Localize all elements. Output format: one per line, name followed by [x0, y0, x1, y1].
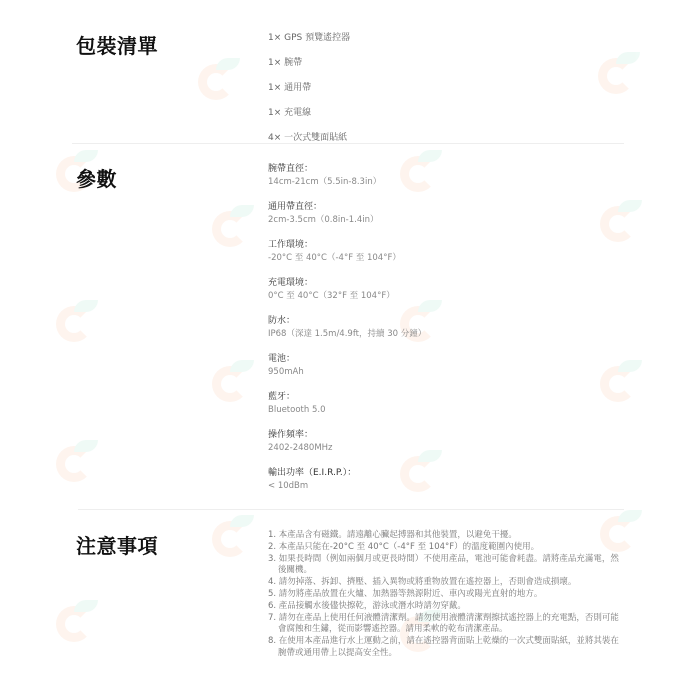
spec-item: 防水： IP68（深達 1.5m/4.9ft，持續 30 分鐘）: [268, 315, 426, 353]
note-item: 7. 請勿在產品上使用任何液體清潔劑。請勿使用液體清潔劑擦拭遙控器上的充電點，否…: [268, 613, 620, 637]
watermark-logo-icon: [212, 205, 256, 249]
spec-value: Bluetooth 5.0: [268, 404, 426, 417]
watermark-logo-icon: [600, 200, 644, 244]
section-divider: [72, 143, 624, 144]
specs-title: 參數: [76, 163, 117, 192]
spec-value: 14cm-21cm（5.5in-8.3in）: [268, 176, 426, 189]
section-divider: [78, 509, 624, 510]
spec-label: 工作環境：: [268, 239, 426, 252]
spec-item: 腕帶直徑： 14cm-21cm（5.5in-8.3in）: [268, 163, 426, 201]
notes-title: 注意事項: [76, 530, 158, 559]
spec-label: 電池：: [268, 353, 426, 366]
watermark-logo-icon: [198, 58, 242, 102]
spec-value: -20°C 至 40°C（-4°F 至 104°F）: [268, 252, 426, 265]
spec-value: 2cm-3.5cm（0.8in-1.4in）: [268, 214, 426, 227]
watermark-logo-icon: [212, 515, 256, 559]
package-item: 1× 腕帶: [268, 55, 350, 80]
specs-list: 腕帶直徑： 14cm-21cm（5.5in-8.3in） 通用帶直徑： 2cm-…: [268, 163, 426, 505]
spec-label: 充電環境：: [268, 277, 426, 290]
spec-item: 電池： 950mAh: [268, 353, 426, 391]
note-item: 1. 本產品含有磁鐵。請遠離心臟起搏器和其他裝置，以避免干擾。: [268, 530, 620, 542]
spec-value: < 10dBm: [268, 480, 426, 493]
watermark-logo-icon: [598, 52, 642, 96]
watermark-logo-icon: [56, 300, 100, 344]
package-list: 1× GPS 預覽遙控器 1× 腕帶 1× 通用帶 1× 充電線 4× 一次式雙…: [268, 30, 350, 155]
watermark-logo-icon: [212, 360, 256, 404]
note-item: 6. 產品接觸水後儘快擦乾，游泳或潛水時請勿穿戴。: [268, 601, 620, 613]
spec-label: 藍牙：: [268, 391, 426, 404]
spec-value: 2402-2480MHz: [268, 442, 426, 455]
notes-list: 1. 本產品含有磁鐵。請遠離心臟起搏器和其他裝置，以避免干擾。 2. 本產品只能…: [268, 530, 620, 660]
note-item: 3. 如果長時間（例如兩個月或更長時間）不使用產品，電池可能會耗盡。請將產品充滿…: [268, 554, 620, 578]
spec-item: 充電環境： 0°C 至 40°C（32°F 至 104°F）: [268, 277, 426, 315]
spec-item: 操作頻率： 2402-2480MHz: [268, 429, 426, 467]
spec-value: IP68（深達 1.5m/4.9ft，持續 30 分鐘）: [268, 328, 426, 341]
note-item: 4. 請勿掉落、拆卸、擠壓、插入異物或將重物放置在遙控器上，否則會造成損壞。: [268, 577, 620, 589]
spec-label: 輸出功率（E.I.R.P.）：: [268, 467, 426, 480]
spec-label: 操作頻率：: [268, 429, 426, 442]
spec-item: 工作環境： -20°C 至 40°C（-4°F 至 104°F）: [268, 239, 426, 277]
spec-label: 通用帶直徑：: [268, 201, 426, 214]
note-item: 8. 在使用本產品進行水上運動之前，請在遙控器背面貼上乾燥的一次式雙面貼紙，並將…: [268, 636, 620, 660]
watermark-logo-icon: [600, 360, 644, 404]
spec-item: 輸出功率（E.I.R.P.）： < 10dBm: [268, 467, 426, 505]
note-item: 2. 本產品只能在-20°C 至 40°C（-4°F 至 104°F）的溫度範圍…: [268, 542, 620, 554]
spec-item: 藍牙： Bluetooth 5.0: [268, 391, 426, 429]
note-item: 5. 請勿將產品放置在火爐、加熱器等熱源附近、車內或陽光直射的地方。: [268, 589, 620, 601]
spec-item: 通用帶直徑： 2cm-3.5cm（0.8in-1.4in）: [268, 201, 426, 239]
spec-label: 腕帶直徑：: [268, 163, 426, 176]
package-item: 1× 通用帶: [268, 80, 350, 105]
spec-value: 950mAh: [268, 366, 426, 379]
package-item: 1× 充電線: [268, 105, 350, 130]
spec-label: 防水：: [268, 315, 426, 328]
watermark-logo-icon: [56, 600, 100, 644]
package-item: 1× GPS 預覽遙控器: [268, 30, 350, 55]
watermark-logo-icon: [56, 440, 100, 484]
package-title: 包裝清單: [76, 30, 158, 59]
spec-value: 0°C 至 40°C（32°F 至 104°F）: [268, 290, 426, 303]
